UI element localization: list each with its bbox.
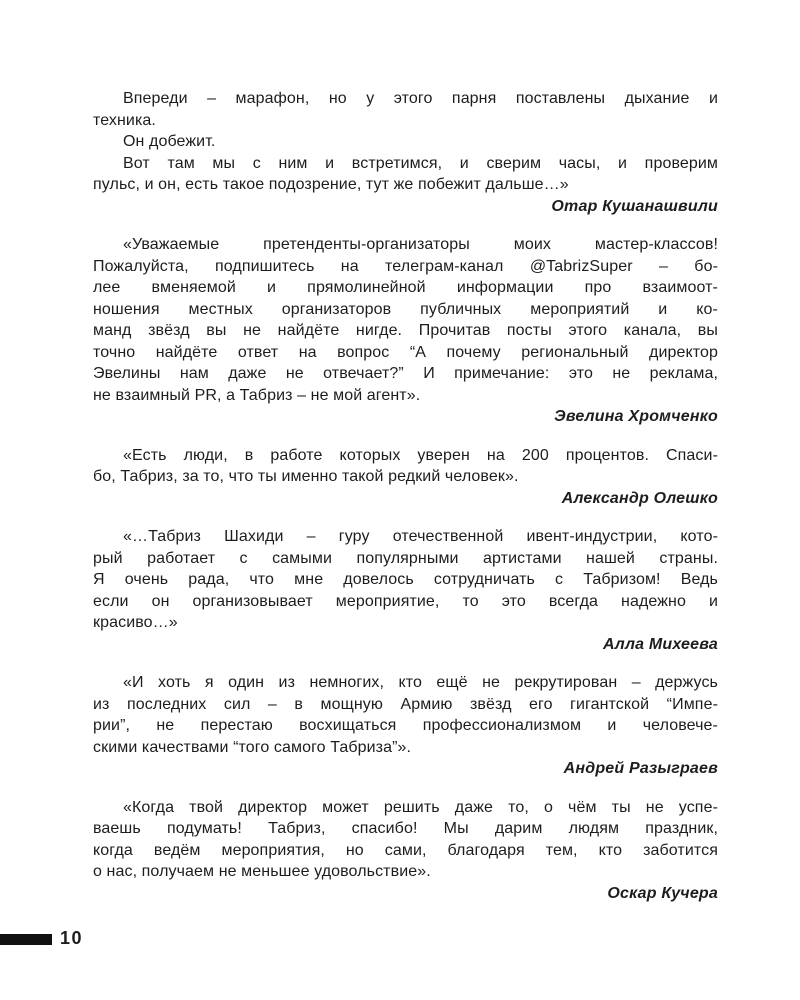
quote-line: Вот там мы с ним и встретимся, и сверим … [93, 153, 718, 175]
quote-author: Отар Кушанашвили [93, 196, 718, 218]
quote-line: пульс, и он, есть такое подозрение, тут … [93, 174, 718, 196]
quote-block: «Уважаемые претенденты-организаторы моих… [93, 234, 718, 428]
quote-line: если он организовывает мероприятие, то э… [93, 591, 718, 613]
quote-line: лее вменяемой и прямолинейной информации… [93, 277, 718, 299]
quote-line: Впереди – марафон, но у этого парня пост… [93, 88, 718, 110]
quote-line: «…Табриз Шахиди – гуру отечественной иве… [93, 526, 718, 548]
quote-line: когда ведём мероприятия, но сами, благод… [93, 840, 718, 862]
book-page: { "page": { "number": "10", "background_… [0, 0, 800, 1000]
quote-line: рый работает с самыми популярными артист… [93, 548, 718, 570]
quote-line: точно найдёте ответ на вопрос “А почему … [93, 342, 718, 364]
quote-author: Александр Олешко [93, 488, 718, 510]
quote-block: «…Табриз Шахиди – гуру отечественной иве… [93, 526, 718, 655]
quote-line: манд звёзд вы не найдёте нигде. Прочитав… [93, 320, 718, 342]
quote-line: Эвелины нам даже не отвечает?” И примеча… [93, 363, 718, 385]
quote-author: Оскар Кучера [93, 883, 718, 905]
quotes-section: Впереди – марафон, но у этого парня пост… [93, 88, 718, 921]
quote-line: ваешь подумать! Табриз, спасибо! Мы дари… [93, 818, 718, 840]
quote-line: бо, Табриз, за то, что ты именно такой р… [93, 466, 718, 488]
quote-block: «Когда твой директор может решить даже т… [93, 797, 718, 905]
page-marker-bar [0, 934, 52, 945]
quote-line: о нас, получаем не меньшее удовольствие»… [93, 861, 718, 883]
quote-author: Андрей Разыграев [93, 758, 718, 780]
quote-line: Пожалуйста, подпишитесь на телеграм-кана… [93, 256, 718, 278]
quote-line: ношения местных организаторов публичных … [93, 299, 718, 321]
quote-line: из последних сил – в мощную Армию звёзд … [93, 694, 718, 716]
page-number: 10 [60, 928, 83, 948]
quote-line: не взаимный PR, а Табриз – не мой агент»… [93, 385, 718, 407]
quote-author: Эвелина Хромченко [93, 406, 718, 428]
quote-line: «Когда твой директор может решить даже т… [93, 797, 718, 819]
quote-line: скими качествами “того самого Табриза”». [93, 737, 718, 759]
quote-line: Я очень рада, что мне довелось сотруднич… [93, 569, 718, 591]
quote-line: «Есть люди, в работе которых уверен на 2… [93, 445, 718, 467]
quote-author: Алла Михеева [93, 634, 718, 656]
quote-line: «И хоть я один из немногих, кто ещё не р… [93, 672, 718, 694]
quote-block: Впереди – марафон, но у этого парня пост… [93, 88, 718, 217]
quote-line: красиво…» [93, 612, 718, 634]
quote-block: «Есть люди, в работе которых уверен на 2… [93, 445, 718, 510]
quote-line: рии”, не перестаю восхищаться профессион… [93, 715, 718, 737]
quote-line: техника. [93, 110, 718, 132]
quote-block: «И хоть я один из немногих, кто ещё не р… [93, 672, 718, 780]
quote-line: Он добежит. [93, 131, 718, 153]
quote-line: «Уважаемые претенденты-организаторы моих… [93, 234, 718, 256]
